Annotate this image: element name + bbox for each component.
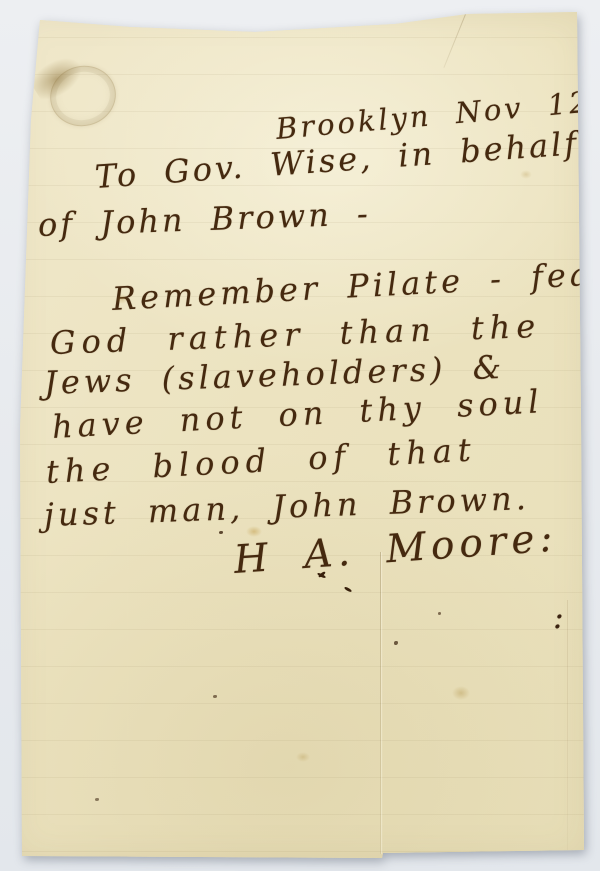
ink-speck [219,531,223,534]
foxing-stain [246,526,262,537]
foxing-stain [116,294,128,304]
foxing-stain [296,752,310,762]
fold-crease-vertical [380,552,381,854]
letter-page: Brooklyn Nov 12" To Gov. Wise, in behalf… [0,0,600,871]
ink-blot [344,586,352,593]
address-line-2: of John Brown - [37,194,371,244]
foxing-stain [452,686,470,700]
fold-crease-right [567,600,568,850]
scanned-letter: Brooklyn Nov 12" To Gov. Wise, in behalf… [0,0,600,871]
stamp-smudge [27,49,89,105]
ink-speck [95,798,99,801]
ink-speck [213,695,217,698]
fold-crease-top-right [443,10,467,68]
foxing-stain [520,170,532,179]
ink-speck [438,612,441,615]
ink-speck [394,641,398,645]
embossed-stationer-stamp [44,59,123,133]
stray-colon-mark: : [553,598,564,636]
